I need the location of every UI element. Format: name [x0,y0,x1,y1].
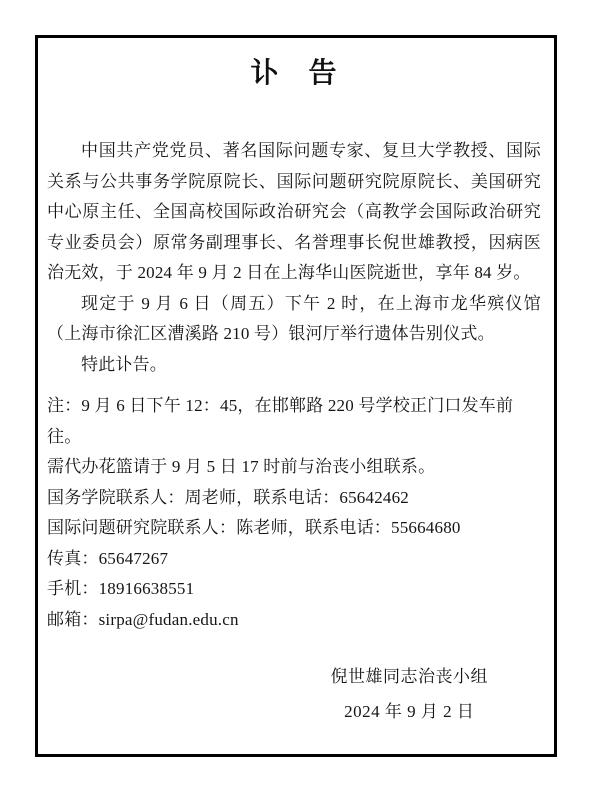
signature-inner: 倪世雄同志治丧小组 2024 年 9 月 2 日 [331,659,489,729]
body-paragraph-biography: 中国共产党党员、著名国际问题专家、复旦大学教授、国际关系与公共事务学院原院长、国… [47,136,541,289]
obituary-page: 讣 告 中国共产党党员、著名国际问题专家、复旦大学教授、国际关系与公共事务学院原… [0,0,599,803]
note-line-contact-iis: 国际问题研究院联系人：陈老师，联系电话：55664680 [47,513,541,544]
notice-title: 讣 告 [47,54,541,94]
note-line-mobile: 手机：18916638551 [47,574,541,605]
notice-border-frame: 讣 告 中国共产党党员、著名国际问题专家、复旦大学教授、国际关系与公共事务学院原… [35,35,557,757]
note-line-fax: 传真：65647267 [47,544,541,575]
note-line-email: 邮箱：sirpa@fudan.edu.cn [47,605,541,636]
note-line-flowers: 需代办花篮请于 9 月 5 日 17 时前与治丧小组联系。 [47,452,541,483]
notice-body: 中国共产党党员、著名国际问题专家、复旦大学教授、国际关系与公共事务学院原院长、国… [47,136,541,380]
note-line-contact-sirpa: 国务学院联系人：周老师，联系电话：65642462 [47,483,541,514]
body-paragraph-ceremony: 现定于 9 月 6 日（周五）下午 2 时，在上海市龙华殡仪馆（上海市徐汇区漕溪… [47,289,541,350]
signature-date: 2024 年 9 月 2 日 [331,694,489,729]
signature-section: 倪世雄同志治丧小组 2024 年 9 月 2 日 [47,659,541,729]
body-paragraph-closing: 特此讣告。 [47,350,541,381]
notes-section: 注：9 月 6 日下午 12：45，在邯郸路 220 号学校正门口发车前往。 需… [47,391,541,635]
note-line-bus: 注：9 月 6 日下午 12：45，在邯郸路 220 号学校正门口发车前往。 [47,391,541,452]
signature-committee-name: 倪世雄同志治丧小组 [331,659,489,694]
